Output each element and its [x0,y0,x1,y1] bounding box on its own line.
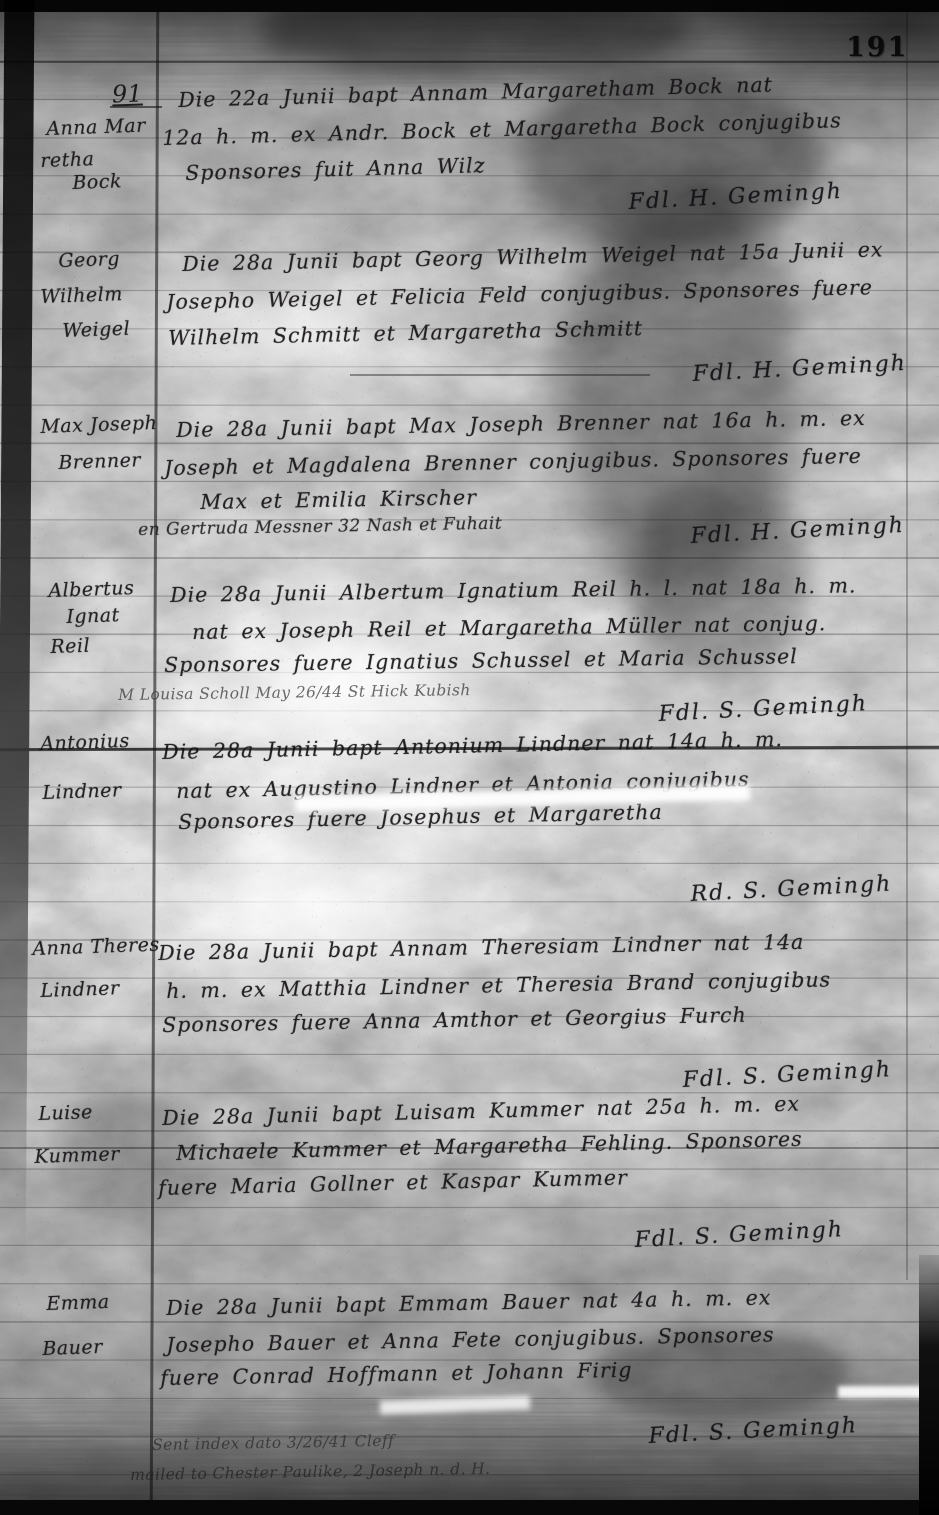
scan-corner-shadow [659,0,939,150]
entry-3-margin-name: Max Joseph [40,412,158,438]
entry-2-line: Josepho Weigel et Felicia Feld conjugibu… [166,275,873,314]
entry-2-margin-name: Georg [58,248,120,272]
entry-4-margin-name: Reil [50,635,90,658]
signature-underline [350,374,650,376]
entry-3-signature: Fdl. H. Gemingh [690,513,905,549]
entry-4-line: Die 28a Junii Albertum Ignatium Reil h. … [170,573,857,607]
entry-4-line: nat ex Joseph Reil et Margaretha Müller … [192,611,826,644]
scan-edge-right [919,1255,939,1515]
entry-4-line: Sponsores fuere Ignatius Schussel et Mar… [164,644,798,677]
entry-3-line: Die 28a Junii bapt Max Joseph Brenner na… [176,406,866,442]
entry-2-margin-name: Weigel [62,318,131,342]
entry-5-signature: Rd. S. Gemingh [690,871,893,907]
entry-1-line: Sponsores fuit Anna Wilz [185,153,486,185]
entry-2-line: Wilhelm Schmitt et Margaretha Schmitt [168,316,643,350]
entry-6-margin-name: Lindner [40,977,120,1002]
scan-edge-bottom-shadow [0,1415,939,1500]
entry-1-margin-name: Bock [72,170,122,194]
entry-1-margin-name: Anna Mar [46,115,146,140]
entry-4-line: M Louisa Scholl May 26/44 St Hick Kubish [118,681,471,704]
entry-4-margin-name: Albertus [48,577,135,602]
entry-2-line: Die 28a Junii bapt Georg Wilhelm Weigel … [182,237,884,276]
scan-edge-bottom [0,1500,939,1515]
entry-7-margin-name: Luise [38,1101,93,1125]
entry-number-underline [110,106,162,108]
entry-8-line: Josepho Bauer et Anna Fete conjugibus. S… [166,1322,775,1357]
entry-3-line: Joseph et Magdalena Brenner conjugibus. … [164,444,862,480]
entry-3-line: Max et Emilia Kirscher [200,485,477,514]
scanned-register-page: Anna MarrethaBockDie 22a Junii bapt Anna… [0,0,939,1515]
entry-7-line: fuere Maria Gollner et Kaspar Kummer [158,1165,628,1200]
entry-8-line: Die 28a Junii bapt Emmam Bauer nat 4a h.… [166,1285,772,1320]
entry-3-margin-name: Brenner [58,449,141,474]
entry-1-signature: Fdl. H. Gemingh [628,179,843,215]
entry-7-signature: Fdl. S. Gemingh [634,1217,845,1253]
entry-6-signature: Fdl. S. Gemingh [682,1057,893,1093]
entry-1-margin-name: retha [40,148,95,172]
entry-2-margin-name: Wilhelm [40,283,123,308]
handwritten-entries: Anna MarrethaBockDie 22a Junii bapt Anna… [0,0,939,1515]
entry-3-line: en Gertruda Messner 32 Nash et Fuhait [138,514,502,540]
heavy-rule-line [0,1147,939,1149]
entry-6-line: Sponsores fuere Anna Amthor et Georgius … [162,1003,747,1037]
entry-8-margin-name: Emma [46,1291,110,1315]
entry-5-margin-name: Lindner [42,779,122,804]
entry-6-line: h. m. ex Matthia Lindner et Theresia Bra… [166,967,831,1003]
entry-7-line: Michaele Kummer et Margaretha Fehling. S… [176,1127,803,1165]
entry-5-margin-name: Antonius [40,730,130,755]
entry-4-signature: Fdl. S. Gemingh [658,691,869,727]
entry-2-signature: Fdl. H. Gemingh [692,351,907,387]
entry-6-line: Die 28a Junii bapt Annam Theresiam Lindn… [158,930,804,965]
entry-6-margin-name: Anna Theres [32,934,160,960]
entry-8-line: fuere Conrad Hoffmann et Johann Firig [160,1358,633,1390]
entry-7-line: Die 28a Junii bapt Luisam Kummer nat 25a… [162,1092,800,1130]
entry-8-margin-name: Bauer [42,1336,103,1360]
entry-4-margin-name: Ignat [66,604,120,628]
